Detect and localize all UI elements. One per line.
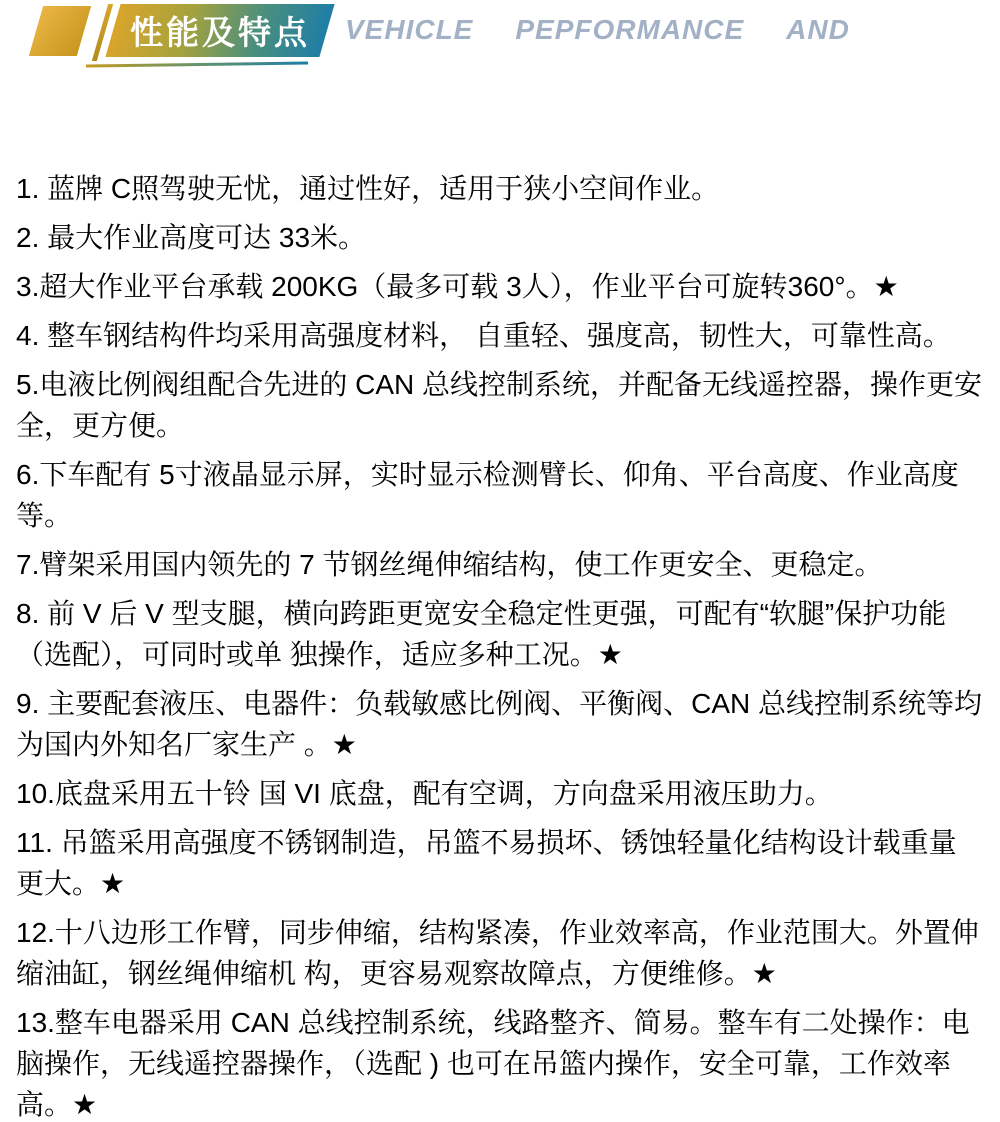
section-header-banner: 性能及特点 VEHICLE PEPFORMANCE AND — [0, 0, 1000, 75]
feature-item-5: 5.电液比例阀组配合先进的 CAN 总线控制系统，并配备无线遥控器，操作更安全，… — [16, 364, 984, 446]
feature-item-1: 1. 蓝牌 C照驾驶无忧，通过性好，适用于狭小空间作业。 — [16, 168, 984, 209]
feature-item-11: 11. 吊篮采用高强度不锈钢制造，吊篮不易损坏、锈蚀轻量化结构设计载重量更大。★ — [16, 822, 984, 904]
header-english-subtitle: VEHICLE PEPFORMANCE AND — [345, 14, 850, 46]
feature-item-12: 12.十八边形工作臂，同步伸缩，结构紧凑，作业效率高，作业范围大。外置伸缩油缸，… — [16, 912, 984, 994]
feature-item-7: 7.臂架采用国内领先的 7 节钢丝绳伸缩结构，使工作更安全、更稳定。 — [16, 544, 984, 585]
english-word-vehicle: VEHICLE — [345, 14, 473, 46]
english-word-and: AND — [786, 14, 850, 46]
feature-item-9: 9. 主要配套液压、电器件：负载敏感比例阀、平衡阀、CAN 总线控制系统等均为国… — [16, 683, 984, 765]
feature-item-4: 4. 整车钢结构件均采用高强度材料， 自重轻、强度高，韧性大，可靠性高。 — [16, 315, 984, 356]
english-word-pepformance: PEPFORMANCE — [515, 14, 744, 46]
banner-underline — [86, 61, 308, 67]
feature-item-2: 2. 最大作业高度可达 33米。 — [16, 217, 984, 258]
features-list: 1. 蓝牌 C照驾驶无忧，通过性好，适用于狭小空间作业。 2. 最大作业高度可达… — [16, 168, 984, 1122]
page-title: 性能及特点 — [130, 7, 310, 54]
feature-item-6: 6.下车配有 5寸液晶显示屏，实时显示检测臂长、仰角、平台高度、作业高度等。 — [16, 454, 984, 536]
banner-title-shape: 性能及特点 — [105, 4, 334, 57]
feature-item-13: 13.整车电器采用 CAN 总线控制系统，线路整齐、简易。整车有二处操作：电脑操… — [16, 1002, 984, 1122]
feature-item-8: 8. 前 V 后 V 型支腿，横向跨距更宽安全稳定性更强，可配有“软腿”保护功能… — [16, 593, 984, 675]
feature-item-10: 10.底盘采用五十铃 国 VI 底盘，配有空调，方向盘采用液压助力。 — [16, 773, 984, 814]
feature-item-3: 3.超大作业平台承载 200KG（最多可载 3人），作业平台可旋转360°。★ — [16, 266, 984, 307]
banner-accent-parallelogram — [29, 6, 91, 56]
